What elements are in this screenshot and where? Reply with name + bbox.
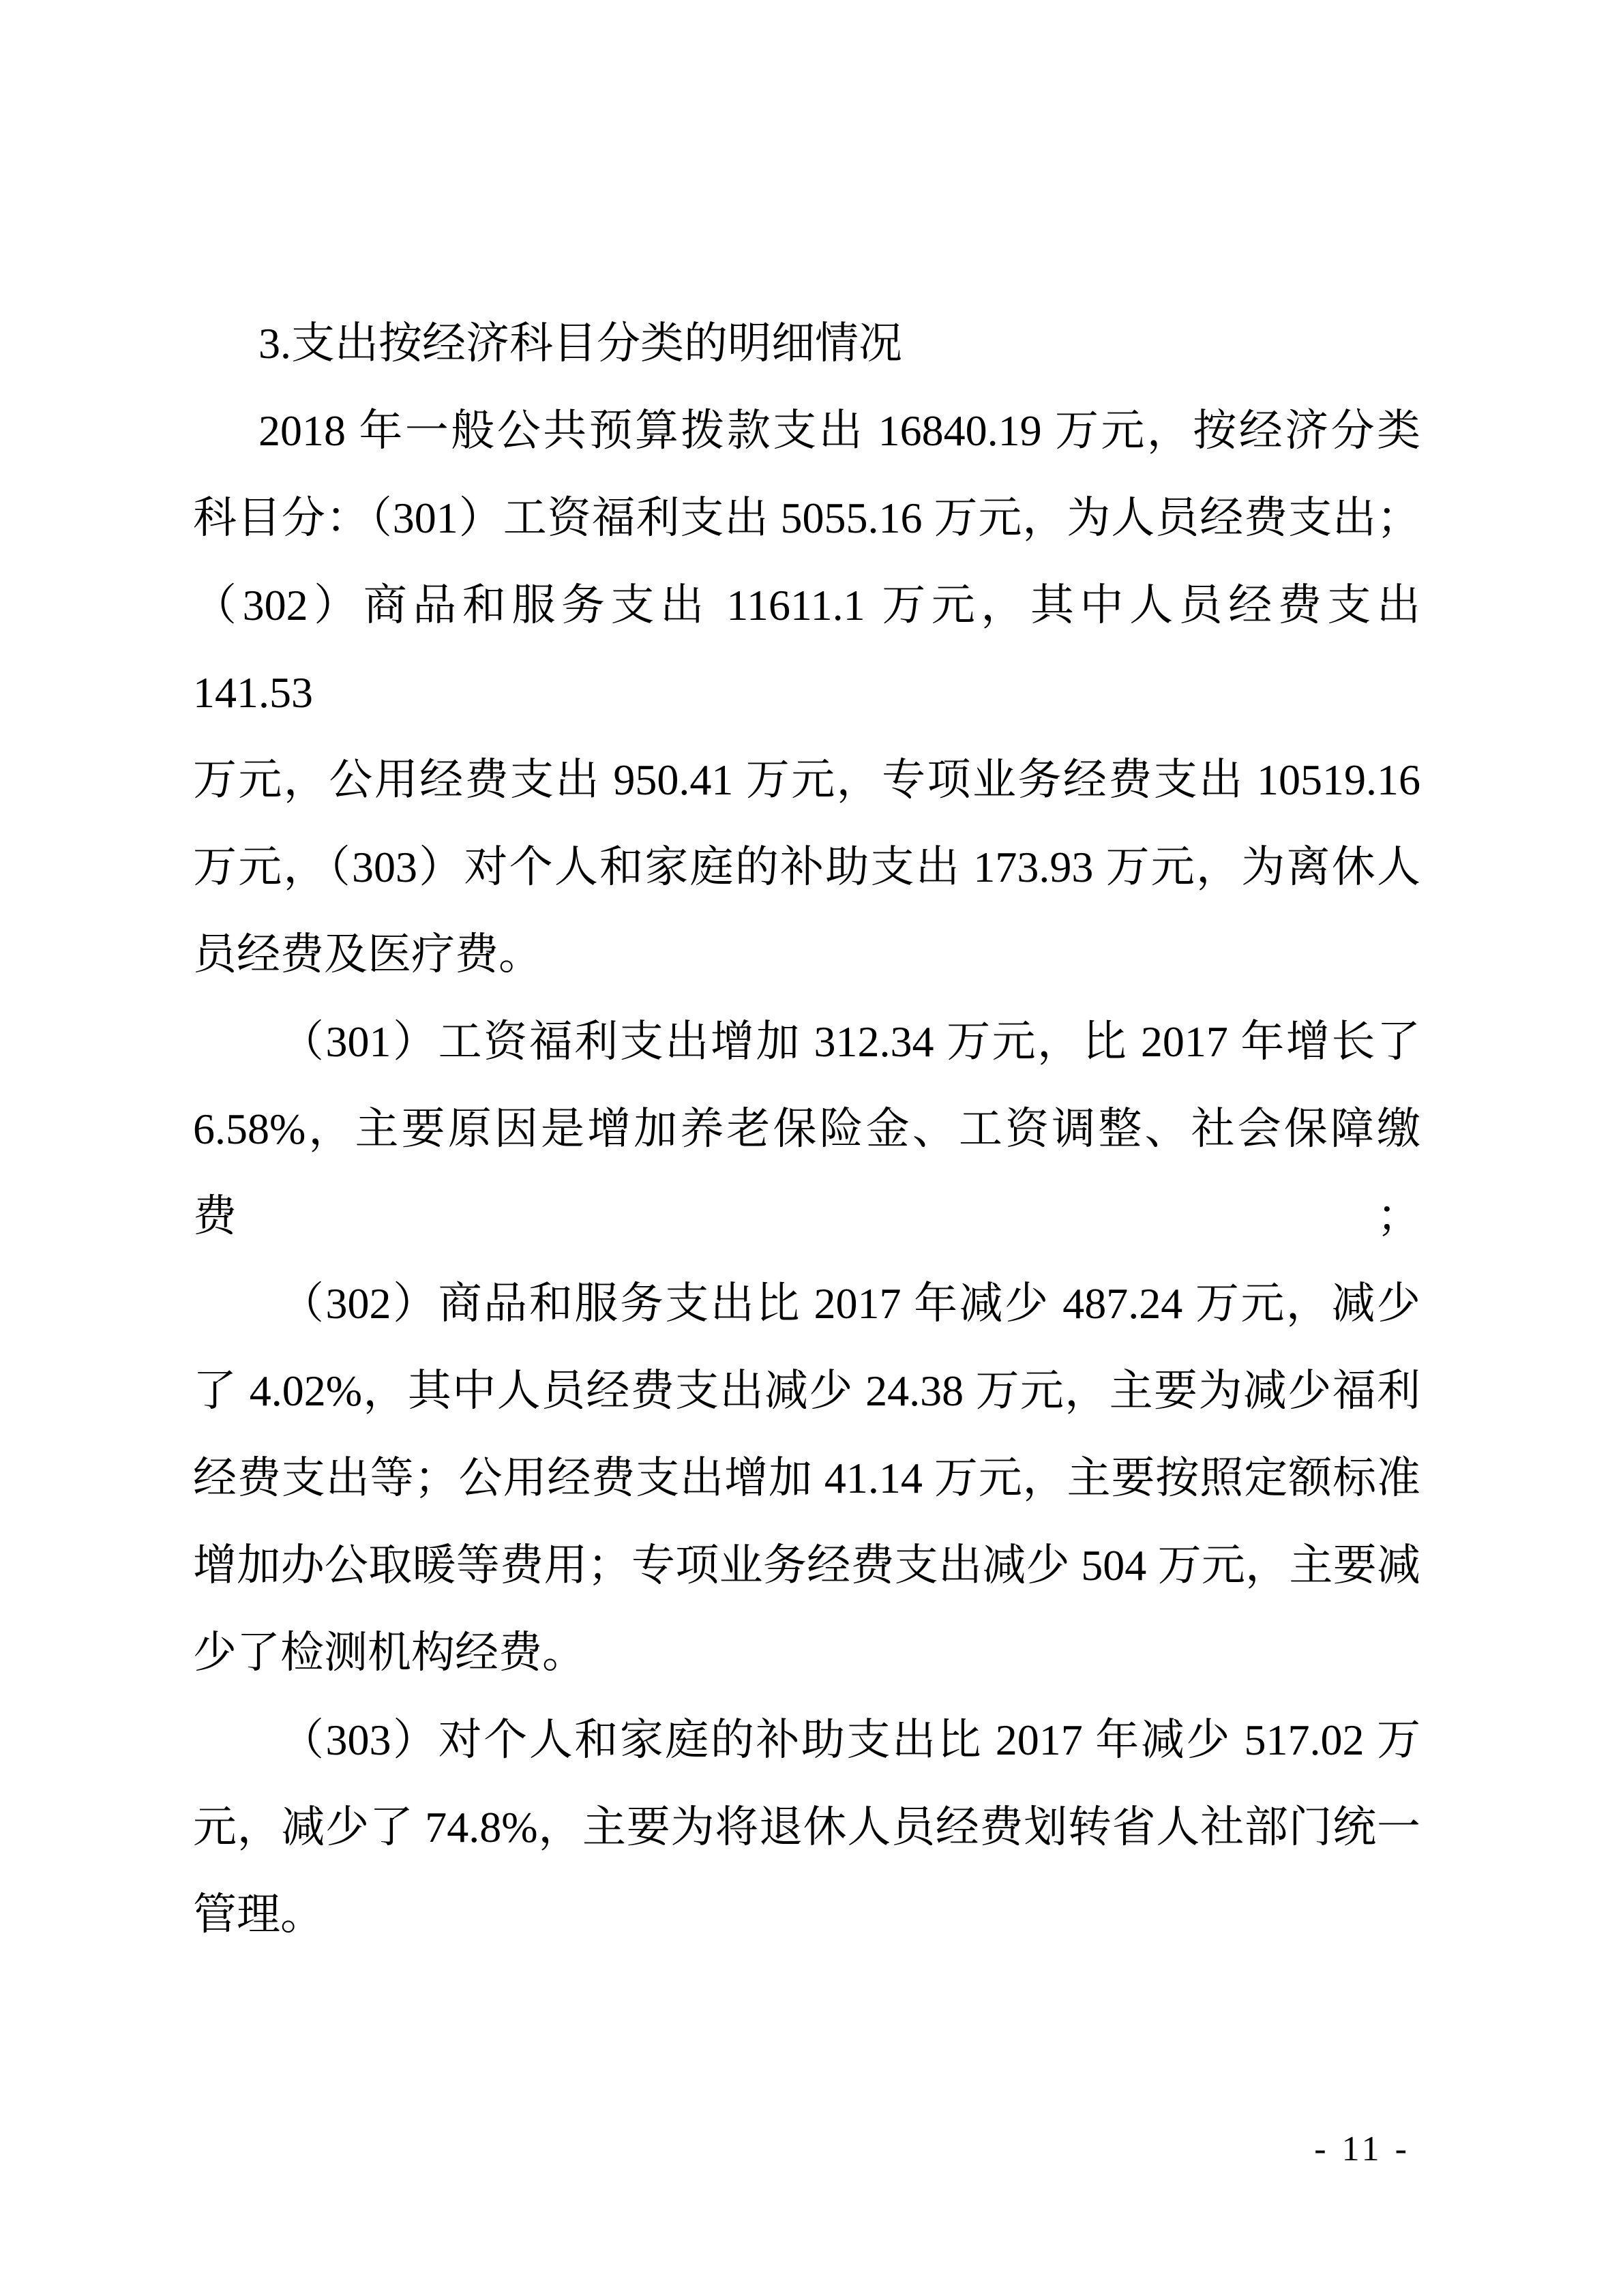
text-line: （302）商品和服务支出比 2017 年减少 487.24 万元，减少	[193, 1260, 1420, 1347]
text-line: 科目分：（301）工资福利支出 5055.16 万元，为人员经费支出；	[193, 475, 1420, 562]
text-line: 管理。	[193, 1871, 1420, 1958]
text-line: 增加办公取暖等费用；专项业务经费支出减少 504 万元，主要减	[193, 1522, 1420, 1609]
text-line: （302）商品和服务支出 11611.1 万元，其中人员经费支出 141.53	[193, 562, 1420, 736]
text-line: 2018 年一般公共预算拨款支出 16840.19 万元，按经济分类	[193, 387, 1420, 475]
text-line: 万元，公用经费支出 950.41 万元，专项业务经费支出 10519.16	[193, 736, 1420, 824]
text-line: 万元，（303）对个人和家庭的补助支出 173.93 万元，为离休人	[193, 824, 1420, 911]
text-line: 少了检测机构经费。	[193, 1609, 1420, 1697]
text-line: 元，减少了 74.8%，主要为将退休人员经费划转省人社部门统一	[193, 1784, 1420, 1871]
text-line: 6.58%，主要原因是增加养老保险金、工资调整、社会保障缴费；	[193, 1086, 1420, 1260]
text-line: （303）对个人和家庭的补助支出比 2017 年减少 517.02 万	[193, 1697, 1420, 1784]
text-line: （301）工资福利支出增加 312.34 万元，比 2017 年增长了	[193, 998, 1420, 1086]
document-lines: 3.支出按经济科目分类的明细情况2018 年一般公共预算拨款支出 16840.1…	[193, 300, 1420, 1958]
text-line: 员经费及医疗费。	[193, 911, 1420, 998]
page-number: - 11 -	[1314, 2129, 1410, 2170]
text-line: 了 4.02%，其中人员经费支出减少 24.38 万元，主要为减少福利	[193, 1347, 1420, 1435]
text-line: 3.支出按经济科目分类的明细情况	[193, 300, 1420, 387]
text-line: 经费支出等；公用经费支出增加 41.14 万元，主要按照定额标准	[193, 1435, 1420, 1522]
document-page: 3.支出按经济科目分类的明细情况2018 年一般公共预算拨款支出 16840.1…	[0, 0, 1623, 2296]
